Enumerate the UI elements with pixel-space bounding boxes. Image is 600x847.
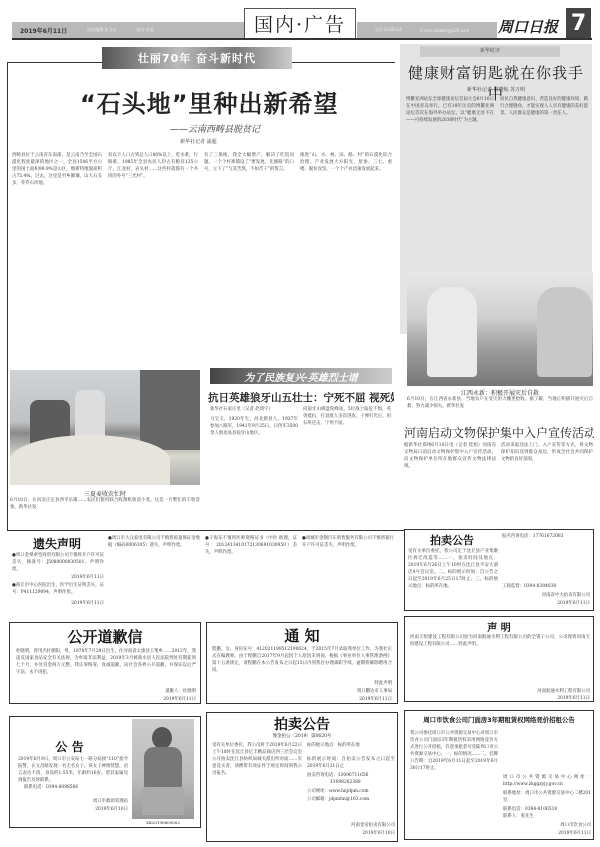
lease-address: 联系地址：周口市公共资源交易中心二楼201室 [503,790,591,804]
photo-harvester [140,370,200,450]
lease-contact: 联系人：张先生 [503,813,591,820]
notification-date: 2019年6月11日 [212,696,392,702]
photo-legs [142,787,184,815]
harvest-photo [10,370,200,485]
missing-person-date: 2019年6月10日 [18,806,128,812]
proof-credit: 校对 米嘉 [137,27,154,33]
photo-body [144,747,182,789]
apology-body: 杜晓明，曾用名杜朝阳，男，1978年7月29日出生，住河南省太康县王集乡……20… [16,648,196,686]
lost-item: ●项城市金钢汽车销售服务有限公司不慎将银行开户许可证丢失，声明作废。 [302,535,394,605]
declaration-body: 河南天恒建设工程有限公司原为河南航通水利工程有限公司的全资子公司，公司现将河南天… [410,634,590,680]
lead-story-subheadline: ——云南西畴县脱贫记 [170,122,260,135]
missing-person-signer: 周口市救助管理站 [18,798,128,804]
declaration-date: 2019年6月11日 [410,695,590,701]
lead-story-byline: 新华社记者 浦超 [180,138,217,145]
lost-item: ●商丘市中心医院出生，医学出生证明丢失，证号：P411129094，声明作废。 [12,582,104,600]
apology-title: 公开道歉信 [9,626,201,647]
auction-1-body: 受有关单位委托，我公司定于沈丘县产业集聚区拆迁改造等……一、拍卖时间及地点：20… [408,548,498,608]
photo-figure [537,287,592,377]
harvest-photo-caption: 6月10日，在河北正定县西平乐镇……农民们使用联合收割机收获小麦。这是一片繁忙的… [10,497,200,519]
notification-closing: 特此声明 [212,680,392,686]
auction-2-ref: 豫金拍公〔2019〕第0620号 [206,733,398,739]
auction-1-contact: 报名咨询电话：17761672083 [502,533,590,583]
lease-website[interactable]: 周口市公共资源交易中心网址：http://www.zkggzyjy.gov.cn [503,774,591,788]
auction-1-company: 河南省中大拍卖有限公司 [502,592,590,598]
paper-logo: 周口日报 [498,14,566,38]
greenhouse-photo-caption: 6月10日，在江西省永新县，当地农户在受灾的大棚里抢收。据了解，当地正积极开展灾… [407,396,593,418]
notification-body: 程鹏，女，身份证号：412021199512190024，于2015年7月录取我… [212,646,392,684]
notification-signer: 周口鹏达市人事局 [212,688,392,694]
photo-figure [427,287,477,377]
heritage-story-column-1: 据新华社郑州6月10日电（记者 桂娟）河南省文物局日前启动文物保护集中入户宣传活… [404,442,496,522]
auction-1-title: 拍卖公告 [406,532,498,548]
auction-2-body: 受有关单位委托，我公司将于2019年6月22日上午10时在沈丘县亿丰精品商店西三… [212,742,302,838]
photo-grain-pile [10,435,170,485]
auction-1-work-phone: 工商监督：0394-8384038 [502,583,590,591]
section-title: 国内·广告 [244,8,356,38]
issue-date: 2019年6月11日 [20,26,67,35]
lease-signer: 周口市饮食公司 [503,822,591,828]
missing-person-body: 2019年6月9日，周口市公安局七一路分局接“110”指令报警，在文昌路发现一名… [18,756,128,784]
apology-signer: 道歉人：杜晓明 [16,688,196,694]
contact-phone: 电话 6138535 [375,27,402,33]
heritage-story-headline: 河南启动文物保护集中入户宣传活动 [404,424,594,441]
notification-title: 通 知 [206,625,398,646]
auction-2-title: 拍卖公告 [206,714,398,734]
side-story-byline: 新华社记者 田晓航 苏万明 [404,86,588,93]
lead-story-banner: 壮丽70年 奋斗新时代 [102,47,292,69]
declaration-title: 声 明 [404,619,594,634]
missing-person-title: 公 告 [12,738,127,755]
lease-title: 周口市饮食公司门面房3年期租赁权网络竞价招租公告 [406,715,592,724]
heritage-story-column-2: 活动采取送法上门、入户宣传等方式，将文物保护知识送到群众身边，形成全社会共同保护… [501,442,593,522]
auction-2-website[interactable]: 公司网址：www.hnjdpm.com [307,788,395,795]
contact-email: E-mail zkbkzh@126.com [420,28,469,33]
lead-story-headline: “石头地”里种出新希望 [80,84,370,119]
lost-item-date: 2019年6月11日 [12,574,104,580]
lease-body: 我公司委托周口市公共资源交易中心对周口市饮食公司门面房3年期租赁权采用网络竞价方… [410,730,498,836]
lead-story-column-4: 推进“山、水、林、田、路、村”的石漠化综合治理。产业发展大方阳光，原参、三七、重… [300,152,392,362]
lead-story-column-3: 有了三保地，我全大幅增产，解决了吃饭问题。一个个村寨铺设了“要发展、先修路”的口… [204,152,294,362]
lost-item: ●周口金翠翠堂商贸有限公司不慎将开户许可证丢失，核准号：J50800000305… [12,552,104,574]
lead-story-column-1: 西畴县位于云南省东南部，是云南乃至全国石漠化程度最深的地区之一。全县1506平方… [12,152,102,362]
apology-date: 2019年6月11日 [16,696,196,702]
side-story-tag: 新华时评 [420,46,560,57]
auction-2-phone-alt: 13098262388 [330,779,395,786]
auction-2-display-place: 标的展示地点：标的所在地 [307,742,395,750]
lost-item-date: 2019年6月11日 [12,600,104,606]
hero-story-banner: 为了民族复兴·英雄烈士谱 [210,368,392,384]
page-number: 7 [566,8,591,38]
hero-story-headline: 抗日英雄狼牙山五壮士：宁死不屈 视死如归 [208,390,394,405]
masthead-bar-right: 电话 6138535 E-mail zkbkzh@126.com [357,22,497,38]
hero-story-column-2: 向狼牙山棋盘陀峰顶，5位战士临危不惧，英勇抵抗，打退敌人多次进攻，子弹打光后，用… [303,406,391,522]
lead-story-column-2: 贫以下人口占到总人口80%以上，吃水难，行路难。1985年全县农民人均占有粮仅1… [108,152,198,362]
missing-person-photo [132,719,194,819]
auction-2-email[interactable]: 公司邮箱：jdpmhn@163.com [307,796,395,803]
masthead-rule [12,38,592,40]
auction-1-date: 2019年6月11日 [502,600,590,606]
auction-2-display-time: 标的展示时间：自拍卖公告发布之日起至2019年6月21日止 [307,756,395,770]
hero-story-column-1: 马宝玉，1920年生，河北蔚县人。1937年参加八路军，1941年9月25日，日… [210,416,298,522]
lease-phone: 联系电话：0394-8106518 [503,806,591,813]
lost-item: ●周口市大众家电有限公司不慎将质量保证金收据（编码0006105）遗失，声明作废… [108,535,200,605]
photo-head [152,727,172,749]
auction-2-company: 河南金帝拍卖有限公司 [307,822,395,828]
editor-credit: 版面编辑 张卫东 [87,27,116,33]
lost-declaration-title: 遗失声明 [12,535,102,552]
auction-2-phone: 拍卖咨询电话：13096711656 [307,772,395,779]
lease-date: 2019年6月11日 [503,830,591,836]
masthead-bar-left: 2019年6月11日 版面编辑 张卫东 校对 米嘉 [12,22,244,38]
missing-person-photo-id: ZK20190609002 [132,820,194,825]
lost-item: ●干海东不慎将医师资格证书（中医 助理，证号：20124134101721306… [205,535,297,605]
declaration-signer: 河南航通水利工程有限公司 [410,688,590,694]
auction-2-date: 2019年6月10日 [307,830,395,836]
hero-story-byline: 新华社石家庄电（记者 赵鸿宇） [210,406,298,416]
missing-person-phone: 联系电话：0394-8098566 [24,784,124,792]
greenhouse-photo [407,272,593,386]
